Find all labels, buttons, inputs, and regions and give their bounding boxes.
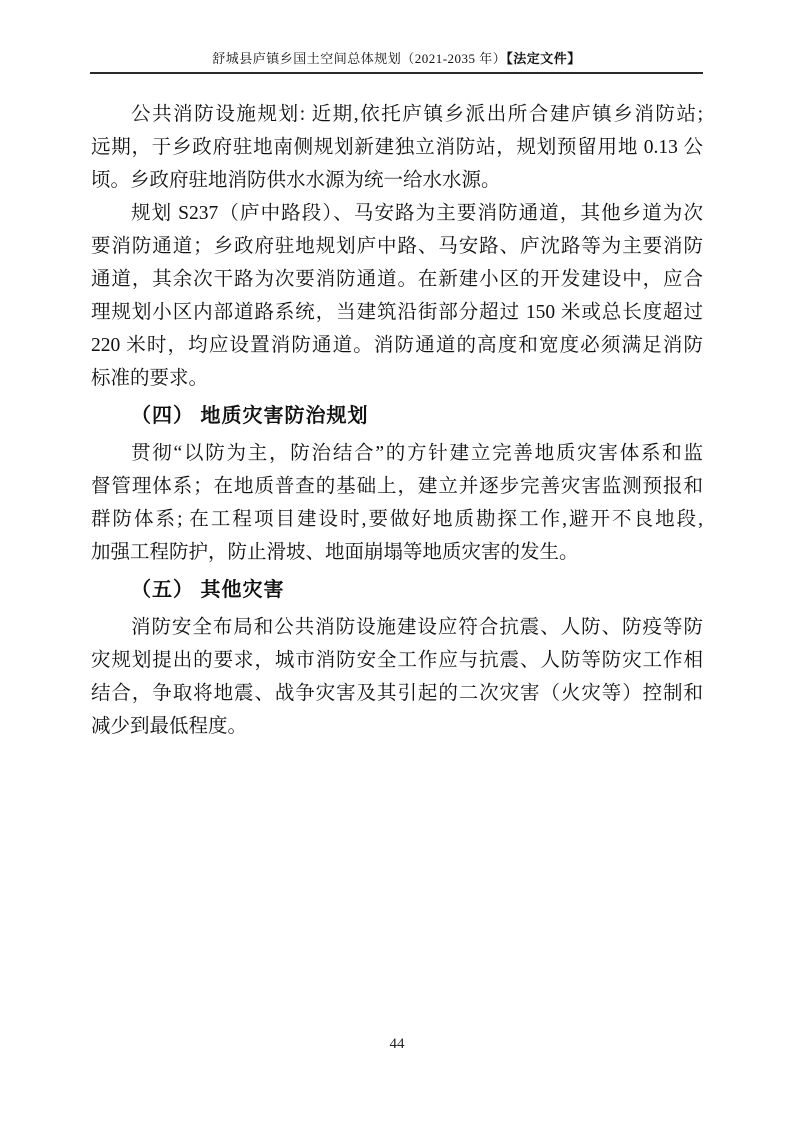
paragraph-line: 灾规划提出的要求，城市消防安全工作应与抗震、人防等防灾工作相 xyxy=(91,644,703,677)
paragraph-line: 群防体系; 在工程项目建设时,要做好地质勘探工作,避开不良地段, xyxy=(91,503,703,536)
paragraph-line: 消防安全布局和公共消防设施建设应符合抗震、人防、防疫等防 xyxy=(91,611,703,644)
page-header: 舒城县庐镇乡国土空间总体规划（2021-2035 年）【法定文件】 xyxy=(90,50,703,74)
section-heading: （四） 地质灾害防治规划 xyxy=(91,400,703,433)
paragraph-line: 规划 S237（庐中路段）、马安路为主要消防通道，其他乡道为次 xyxy=(91,197,703,230)
page-footer: 44 xyxy=(0,1034,794,1054)
paragraph-line: 标准的要求。 xyxy=(91,362,703,395)
paragraph: 消防安全布局和公共消防设施建设应符合抗震、人防、防疫等防灾规划提出的要求，城市消… xyxy=(91,611,703,743)
paragraph: 规划 S237（庐中路段）、马安路为主要消防通道，其他乡道为次要消防通道；乡政府… xyxy=(91,197,703,395)
paragraph: 贯彻“以防为主，防治结合”的方针建立完善地质灾害体系和监督管理体系；在地质普查的… xyxy=(91,437,703,569)
paragraph-line: 顷。乡政府驻地消防供水水源为统一给水水源。 xyxy=(91,164,703,197)
document-body: 公共消防设施规划: 近期,依托庐镇乡派出所合建庐镇乡消防站;远期，于乡政府驻地南… xyxy=(91,98,703,743)
paragraph-line: 加强工程防护，防止滑坡、地面崩塌等地质灾害的发生。 xyxy=(91,536,703,569)
paragraph-line: 减少到最低程度。 xyxy=(91,710,703,743)
paragraph-line: 220 米时，均应设置消防通道。消防通道的高度和宽度必须满足消防 xyxy=(91,329,703,362)
paragraph-line: 要消防通道；乡政府驻地规划庐中路、马安路、庐沈路等为主要消防 xyxy=(91,230,703,263)
header-document-type-tag: 【法定文件】 xyxy=(506,51,581,66)
document-page: 舒城县庐镇乡国土空间总体规划（2021-2035 年）【法定文件】 公共消防设施… xyxy=(0,0,794,1122)
header-title: 舒城县庐镇乡国土空间总体规划（2021-2035 年） xyxy=(212,51,506,66)
paragraph-line: 公共消防设施规划: 近期,依托庐镇乡派出所合建庐镇乡消防站; xyxy=(91,98,703,131)
paragraph-line: 督管理体系；在地质普查的基础上，建立并逐步完善灾害监测预报和 xyxy=(91,470,703,503)
paragraph-line: 结合，争取将地震、战争灾害及其引起的二次灾害（火灾等）控制和 xyxy=(91,677,703,710)
page-number: 44 xyxy=(390,1036,405,1052)
paragraph: 公共消防设施规划: 近期,依托庐镇乡派出所合建庐镇乡消防站;远期，于乡政府驻地南… xyxy=(91,98,703,197)
paragraph-line: 通道，其余次干路为次要消防通道。在新建小区的开发建设中，应合 xyxy=(91,263,703,296)
paragraph-line: 远期，于乡政府驻地南侧规划新建独立消防站，规划预留用地 0.13 公 xyxy=(91,131,703,164)
section-heading: （五） 其他灾害 xyxy=(91,574,703,607)
paragraph-line: 理规划小区内部道路系统，当建筑沿街部分超过 150 米或总长度超过 xyxy=(91,296,703,329)
paragraph-line: 贯彻“以防为主，防治结合”的方针建立完善地质灾害体系和监 xyxy=(91,437,703,470)
